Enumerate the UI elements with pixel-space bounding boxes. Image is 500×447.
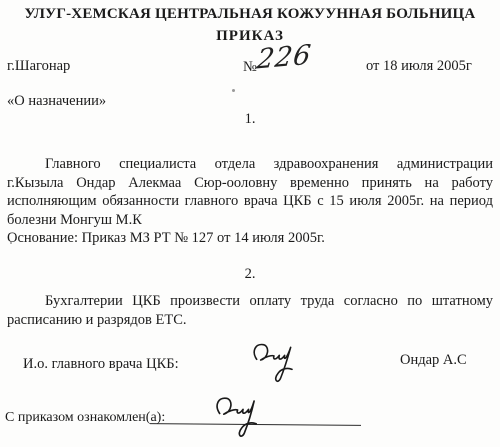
signer-name: Ондар А.С <box>400 352 467 369</box>
section-1-block: Главного специалиста отдела здравоохране… <box>7 155 493 248</box>
city-label: г.Шагонар <box>7 58 70 75</box>
handwritten-order-number: 226 <box>255 39 313 75</box>
signer-role-label: И.о. главного врача ЦКБ: <box>23 356 179 373</box>
section-1-basis: Основание: Приказ МЗ РТ № 127 от 14 июля… <box>7 229 493 248</box>
scan-speck <box>232 89 235 92</box>
document-page: УЛУГ-ХЕМСКАЯ ЦЕНТРАЛЬНАЯ КОЖУУННАЯ БОЛЬН… <box>0 0 500 447</box>
order-subject: «О назначении» <box>7 93 106 110</box>
signature-icon <box>246 338 306 395</box>
acknowledgement-signature-icon <box>210 394 272 447</box>
section-2-number: 2. <box>0 266 500 283</box>
scan-speck <box>10 242 12 244</box>
section-2-block: Бухгалтерии ЦКБ произвести оплату труда … <box>7 292 493 329</box>
section-1-number: 1. <box>0 111 500 128</box>
doc-type-title: ПРИКАЗ <box>0 28 500 45</box>
section-2-paragraph: Бухгалтерии ЦКБ произвести оплату труда … <box>7 292 493 329</box>
acknowledgement-label: С приказом ознакомлен(а): <box>5 410 165 426</box>
org-name-title: УЛУГ-ХЕМСКАЯ ЦЕНТРАЛЬНАЯ КОЖУУННАЯ БОЛЬН… <box>0 6 500 23</box>
section-1-paragraph: Главного специалиста отдела здравоохране… <box>7 155 493 229</box>
order-date: от 18 июля 2005г <box>366 58 472 75</box>
